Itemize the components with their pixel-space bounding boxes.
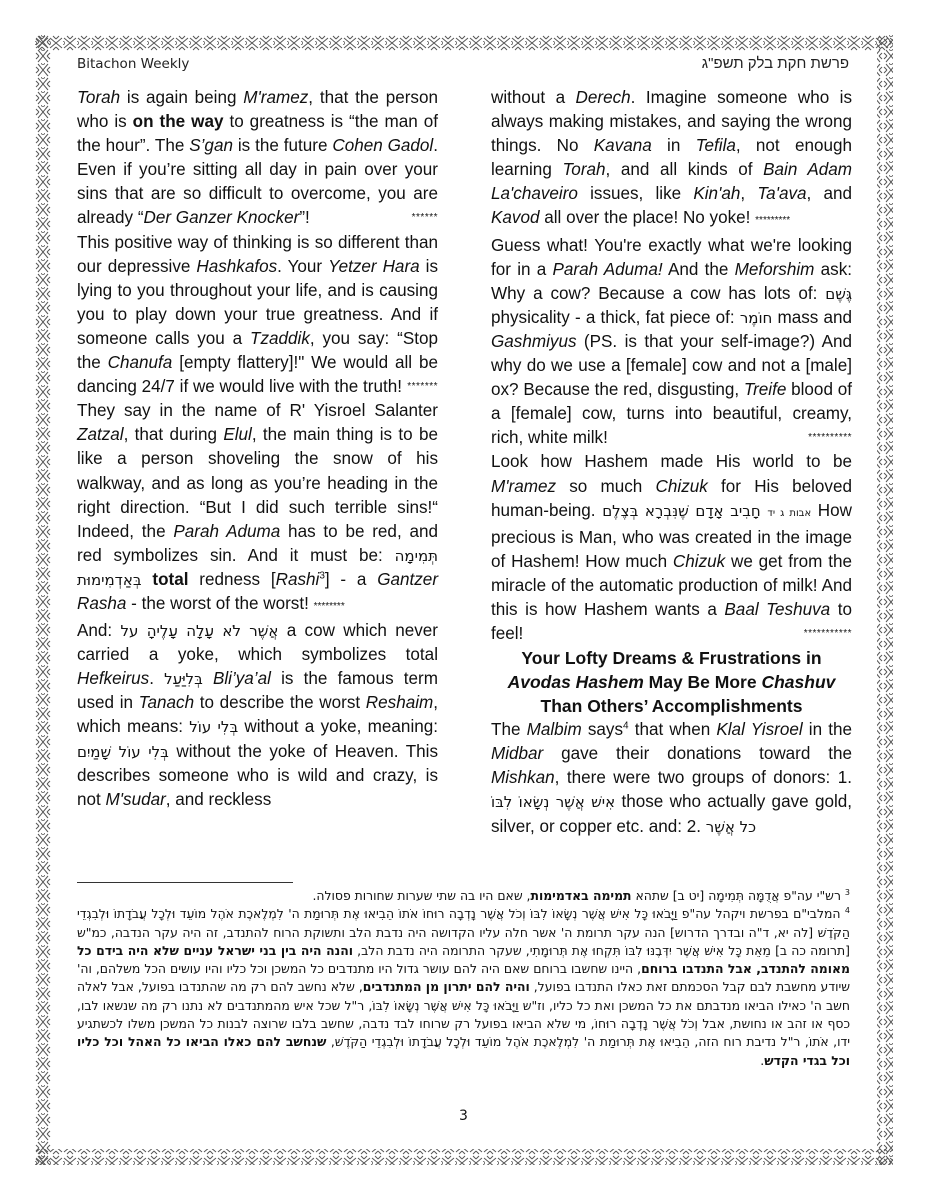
paragraph: And: אֲשֶׁר לֹא עָלָה עָלֶיהָ על a cow w… <box>77 619 438 812</box>
section-separator-stars: ********** <box>808 426 852 450</box>
section-separator-stars: *********** <box>804 622 852 646</box>
hebrew-quote: בְּלִיַּעַל <box>164 670 203 688</box>
paragraph: The Malbim says4 that when Klal Yisroel … <box>491 718 852 838</box>
paragraph: Guess what! You're exactly what we're lo… <box>491 234 852 451</box>
paragraph: without a Derech. Imagine someone who is… <box>491 86 852 234</box>
parsha-title: פרשת חקת בלק תשפ"ג <box>702 55 849 72</box>
hebrew-quote: כל אֲשֶׁר <box>706 818 756 836</box>
footnote-4: 4 המלבי"ם בפרשת ויקהל עה"פ וַיָּבֹאוּ כָ… <box>77 905 850 1070</box>
left-column: Torah is again being M'ramez, that the p… <box>77 86 438 812</box>
hebrew-quote: חוֹמֶר <box>740 309 773 327</box>
section-separator-stars: ******** <box>314 601 345 612</box>
section-separator-stars: ****** <box>412 206 438 230</box>
right-column: without a Derech. Imagine someone who is… <box>491 86 852 839</box>
paragraph: Look how Hashem made His world to be M'r… <box>491 450 852 646</box>
publication-title: Bitachon Weekly <box>77 56 189 72</box>
paragraph: Torah is again being M'ramez, that the p… <box>77 86 438 231</box>
section-separator-stars: ******* <box>407 375 438 399</box>
hebrew-quote: אֲשֶׁר לֹא עָלָה עָלֶיהָ על <box>120 622 278 640</box>
hebrew-quote: אִישׁ אֲשֶׁר נְשָׂאוֹ לִבּוֹ <box>491 793 615 811</box>
hebrew-quote: בְּלִי עוֹל <box>189 718 238 736</box>
source-citation: אבות ג יד <box>767 508 811 519</box>
paragraph: This positive way of thinking is so diff… <box>77 231 438 400</box>
paragraph: They say in the name of R' Yisroel Salan… <box>77 399 438 619</box>
section-separator-stars: ********* <box>755 215 790 226</box>
page-number: 3 <box>459 1108 468 1124</box>
hebrew-quote: גֶּשֶׁם <box>825 285 852 303</box>
hebrew-quote: בְּלִי עוֹל שָׁמַיִם <box>77 743 169 761</box>
hebrew-quote: חָבִיב אָדָם שֶׁנִּבְרָא בְּצֶלֶם <box>602 502 761 520</box>
footnotes: 3 רש"י עה"פ אֲדֻמָּה תְּמִימָה [יט ב] שת… <box>77 887 850 1070</box>
footnote-3: 3 רש"י עה"פ אֲדֻמָּה תְּמִימָה [יט ב] שת… <box>77 887 850 905</box>
section-heading: Your Lofty Dreams & Frustrations in Avod… <box>491 646 852 718</box>
footnote-separator <box>77 882 293 883</box>
